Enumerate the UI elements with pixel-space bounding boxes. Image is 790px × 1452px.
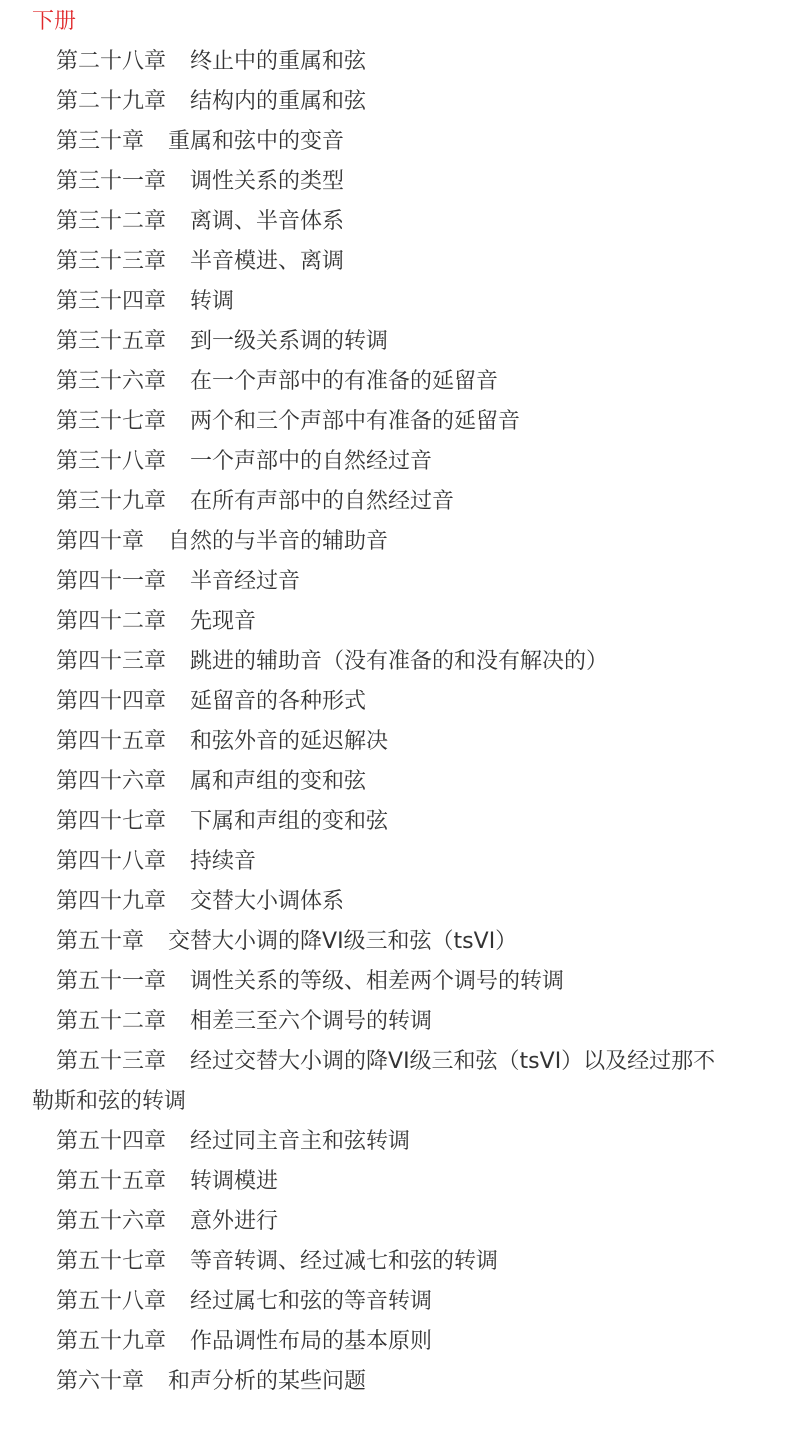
chapter-title: 交替大小调的降VI级三和弦（tsVI） [168,929,517,954]
chapter-title: 等音转调、经过减七和弦的转调 [190,1249,498,1274]
chapter-item: 第五十九章作品调性布局的基本原则 [32,1322,772,1362]
chapter-number: 第三十一章 [56,169,166,194]
chapter-title: 下属和声组的变和弦 [190,809,388,834]
chapter-item: 第五十八章经过属七和弦的等音转调 [32,1282,772,1322]
chapter-number: 第五十章 [56,929,144,954]
chapter-title: 调性关系的等级、相差两个调号的转调 [190,969,564,994]
chapter-number: 第五十九章 [56,1329,166,1354]
chapter-number: 第三十九章 [56,489,166,514]
chapter-item: 第三十六章在一个声部中的有准备的延留音 [32,362,772,402]
chapter-number: 第四十九章 [56,889,166,914]
chapter-item: 第三十章重属和弦中的变音 [32,122,772,162]
chapter-title: 经过交替大小调的降VI级三和弦（tsVI）以及经过那不 [190,1049,715,1074]
chapter-item: 第六十章和声分析的某些问题 [32,1362,772,1402]
chapter-item: 第四十六章属和声组的变和弦 [32,762,772,802]
chapter-number: 第三十六章 [56,369,166,394]
chapter-number: 第三十五章 [56,329,166,354]
table-of-contents: 下册 第二十八章终止中的重属和弦第二十九章结构内的重属和弦第三十章重属和弦中的变… [0,0,772,1402]
chapter-title: 持续音 [190,849,256,874]
chapter-item: 第三十三章半音模进、离调 [32,242,772,282]
chapter-title: 经过同主音主和弦转调 [190,1129,410,1154]
chapter-number: 第四十章 [56,529,144,554]
chapter-item: 第五十三章经过交替大小调的降VI级三和弦（tsVI）以及经过那不 [32,1042,772,1082]
chapter-number: 第五十七章 [56,1249,166,1274]
chapter-title: 一个声部中的自然经过音 [190,449,432,474]
chapter-title-continuation: 勒斯和弦的转调 [32,1082,772,1122]
chapter-title: 交替大小调体系 [190,889,344,914]
chapter-title: 在一个声部中的有准备的延留音 [190,369,498,394]
chapter-number: 第二十九章 [56,89,166,114]
chapter-title: 跳进的辅助音（没有准备的和没有解决的） [190,649,608,674]
chapter-item: 第三十一章调性关系的类型 [32,162,772,202]
chapter-number: 第三十三章 [56,249,166,274]
chapter-item: 第五十二章相差三至六个调号的转调 [32,1002,772,1042]
chapter-number: 第四十三章 [56,649,166,674]
chapter-item: 第四十七章下属和声组的变和弦 [32,802,772,842]
chapter-item: 第二十九章结构内的重属和弦 [32,82,772,122]
chapter-item: 第五十一章调性关系的等级、相差两个调号的转调 [32,962,772,1002]
chapter-title: 半音模进、离调 [190,249,344,274]
chapter-number: 第五十五章 [56,1169,166,1194]
chapter-title: 半音经过音 [190,569,300,594]
chapter-title: 到一级关系调的转调 [190,329,388,354]
chapter-title: 意外进行 [190,1209,278,1234]
chapter-title: 结构内的重属和弦 [190,89,366,114]
chapter-item: 第五十六章意外进行 [32,1202,772,1242]
chapter-title: 先现音 [190,609,256,634]
chapter-number: 第五十六章 [56,1209,166,1234]
chapter-item: 第五十七章等音转调、经过减七和弦的转调 [32,1242,772,1282]
chapter-list: 第二十八章终止中的重属和弦第二十九章结构内的重属和弦第三十章重属和弦中的变音第三… [32,42,772,1402]
chapter-number: 第四十五章 [56,729,166,754]
chapter-number: 第三十章 [56,129,144,154]
chapter-title: 转调模进 [190,1169,278,1194]
chapter-item: 第三十四章转调 [32,282,772,322]
chapter-title: 延留音的各种形式 [190,689,366,714]
chapter-item: 第四十一章半音经过音 [32,562,772,602]
chapter-item: 第四十四章延留音的各种形式 [32,682,772,722]
chapter-item: 第五十章交替大小调的降VI级三和弦（tsVI） [32,922,772,962]
chapter-title: 终止中的重属和弦 [190,49,366,74]
chapter-number: 第三十二章 [56,209,166,234]
chapter-number: 第三十四章 [56,289,166,314]
chapter-number: 第五十一章 [56,969,166,994]
chapter-number: 第四十六章 [56,769,166,794]
chapter-item: 第四十八章持续音 [32,842,772,882]
chapter-item: 第三十二章离调、半音体系 [32,202,772,242]
chapter-title: 相差三至六个调号的转调 [190,1009,432,1034]
chapter-title: 转调 [190,289,234,314]
chapter-item: 第三十八章一个声部中的自然经过音 [32,442,772,482]
chapter-number: 第五十四章 [56,1129,166,1154]
chapter-item: 第四十五章和弦外音的延迟解决 [32,722,772,762]
chapter-title: 调性关系的类型 [190,169,344,194]
chapter-item: 第四十三章跳进的辅助音（没有准备的和没有解决的） [32,642,772,682]
chapter-number: 第四十七章 [56,809,166,834]
chapter-title: 和声分析的某些问题 [168,1369,366,1394]
chapter-item: 第三十七章两个和三个声部中有准备的延留音 [32,402,772,442]
chapter-item: 第五十四章经过同主音主和弦转调 [32,1122,772,1162]
chapter-number: 第五十三章 [56,1049,166,1074]
chapter-item: 第五十五章转调模进 [32,1162,772,1202]
chapter-item: 第四十九章交替大小调体系 [32,882,772,922]
chapter-number: 第四十八章 [56,849,166,874]
chapter-number: 第四十二章 [56,609,166,634]
chapter-title: 作品调性布局的基本原则 [190,1329,432,1354]
chapter-item: 第四十二章先现音 [32,602,772,642]
chapter-item: 第三十九章在所有声部中的自然经过音 [32,482,772,522]
chapter-number: 第五十二章 [56,1009,166,1034]
chapter-number: 第二十八章 [56,49,166,74]
chapter-item: 第三十五章到一级关系调的转调 [32,322,772,362]
chapter-item: 第二十八章终止中的重属和弦 [32,42,772,82]
chapter-number: 第三十七章 [56,409,166,434]
chapter-item: 第四十章自然的与半音的辅助音 [32,522,772,562]
chapter-number: 第四十一章 [56,569,166,594]
chapter-title: 重属和弦中的变音 [168,129,344,154]
chapter-title: 和弦外音的延迟解决 [190,729,388,754]
volume-title: 下册 [32,2,772,42]
chapter-title: 两个和三个声部中有准备的延留音 [190,409,520,434]
chapter-title: 离调、半音体系 [190,209,344,234]
chapter-title: 属和声组的变和弦 [190,769,366,794]
chapter-title: 在所有声部中的自然经过音 [190,489,454,514]
chapter-title: 经过属七和弦的等音转调 [190,1289,432,1314]
chapter-title: 自然的与半音的辅助音 [168,529,388,554]
chapter-number: 第三十八章 [56,449,166,474]
chapter-number: 第四十四章 [56,689,166,714]
chapter-number: 第五十八章 [56,1289,166,1314]
chapter-number: 第六十章 [56,1369,144,1394]
